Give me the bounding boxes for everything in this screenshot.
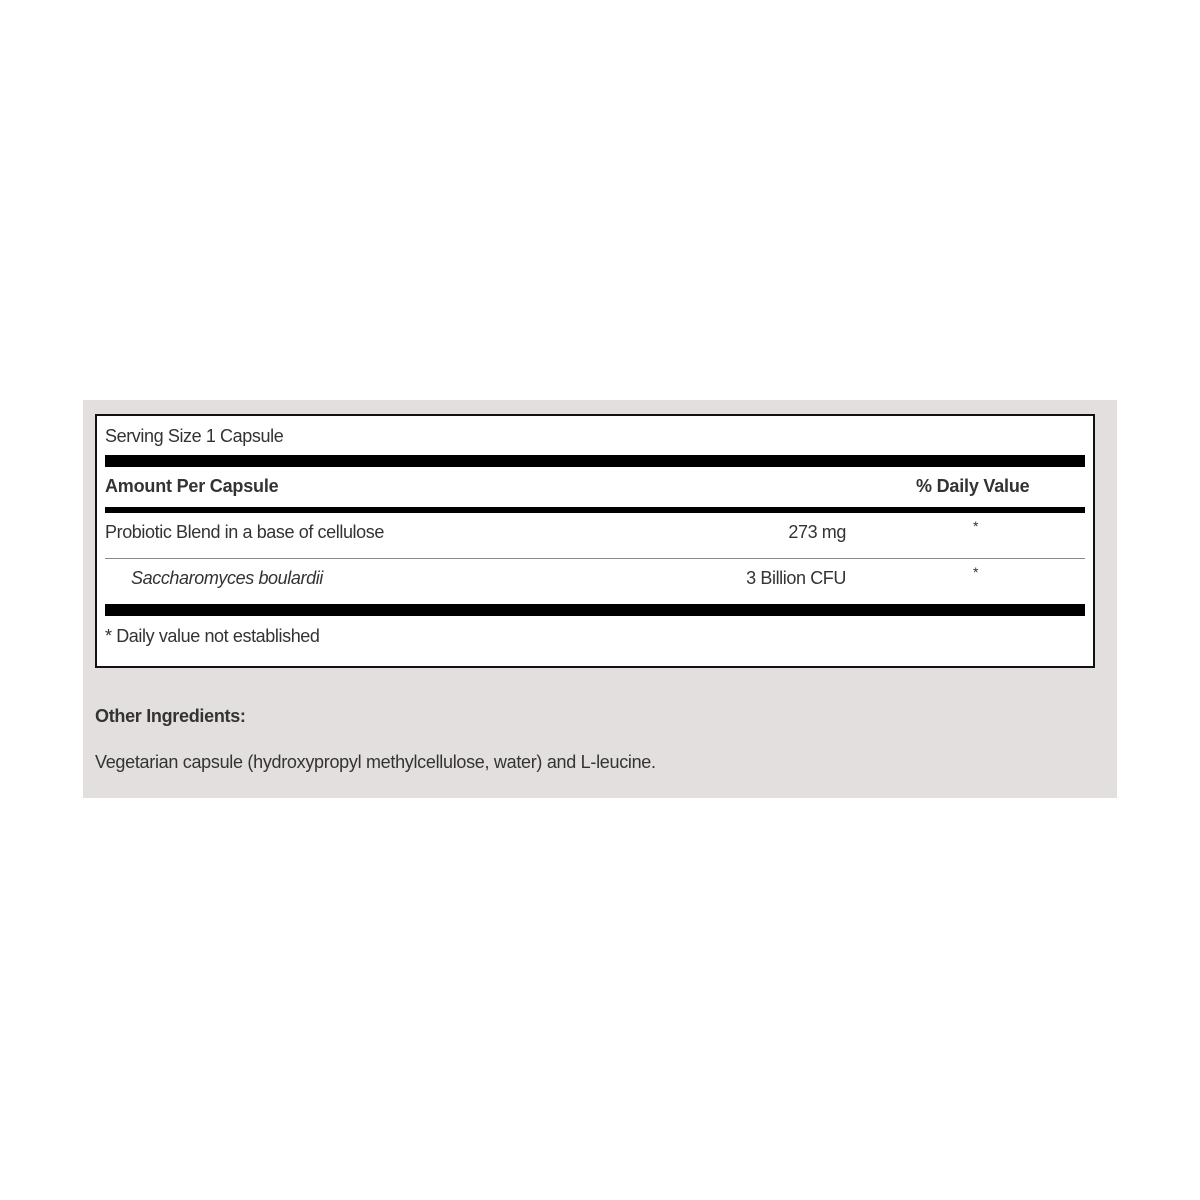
ingredient-amount: 273 mg	[788, 522, 846, 543]
ingredient-daily-value: *	[973, 518, 978, 534]
amount-per-capsule-header: Amount Per Capsule	[105, 476, 278, 497]
ingredient-name: Saccharomyces boulardii	[131, 568, 323, 589]
thin-divider	[105, 558, 1085, 559]
supplement-facts-table: Serving Size 1 Capsule Amount Per Capsul…	[95, 414, 1095, 668]
serving-size: Serving Size 1 Capsule	[105, 426, 283, 447]
daily-value-header: % Daily Value	[916, 476, 1029, 497]
other-ingredients-text: Vegetarian capsule (hydroxypropyl methyl…	[95, 752, 656, 773]
medium-divider	[105, 507, 1085, 513]
ingredient-amount: 3 Billion CFU	[746, 568, 846, 589]
ingredient-name: Probiotic Blend in a base of cellulose	[105, 522, 384, 543]
table-row: Saccharomyces boulardii 3 Billion CFU *	[105, 562, 1085, 602]
table-row: Probiotic Blend in a base of cellulose 2…	[105, 516, 1085, 556]
thick-divider-bottom	[105, 604, 1085, 616]
other-ingredients-title: Other Ingredients:	[95, 706, 246, 727]
daily-value-footnote: * Daily value not established	[105, 626, 320, 647]
product-info-panel: Serving Size 1 Capsule Amount Per Capsul…	[83, 400, 1117, 798]
thick-divider-top	[105, 455, 1085, 467]
supplement-facts-content: Serving Size 1 Capsule Amount Per Capsul…	[105, 416, 1085, 666]
ingredient-daily-value: *	[973, 564, 978, 580]
